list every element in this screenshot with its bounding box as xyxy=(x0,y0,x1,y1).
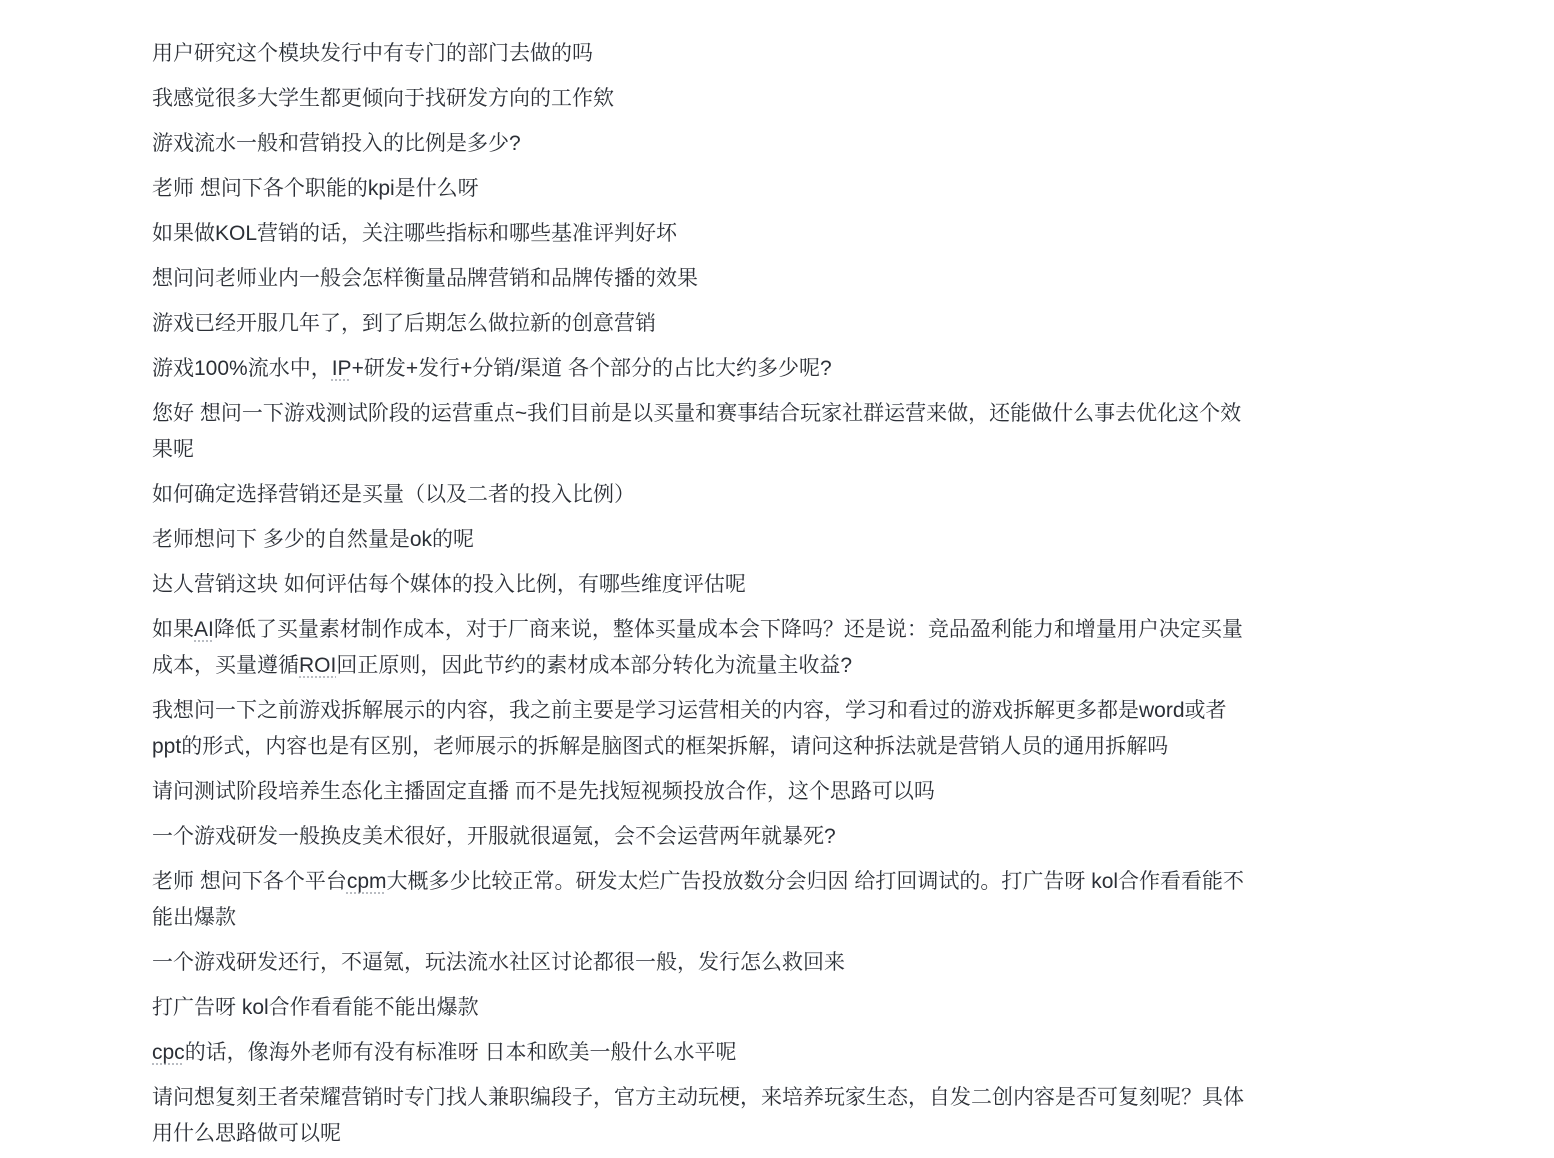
question-paragraph: 老师 想问下各个平台cpm大概多少比较正常。研发太烂广告投放数分会归因 给打回调… xyxy=(152,864,1245,936)
text-segment: 如果 xyxy=(152,618,194,641)
text-segment: 的话，像海外老师有没有标准呀 日本和欧美一般什么水平呢 xyxy=(185,1041,737,1064)
question-paragraph: 我想问一下之前游戏拆解展示的内容，我之前主要是学习运营相关的内容，学习和看过的游… xyxy=(152,693,1245,765)
text-segment: 请问想复刻王者荣耀营销时专门找人兼职编段子，官方主动玩梗，来培养玩家生态，自发二… xyxy=(152,1086,1244,1145)
text-segment: 想问问老师业内一般会怎样衡量品牌营销和品牌传播的效果 xyxy=(152,267,698,290)
question-paragraph: 我感觉很多大学生都更倾向于找研发方向的工作欸 xyxy=(152,81,1245,117)
question-paragraph: 老师 想问下各个职能的kpi是什么呀 xyxy=(152,171,1245,207)
spellcheck-word: IP xyxy=(332,357,352,380)
question-paragraph: 用户研究这个模块发行中有专门的部门去做的吗 xyxy=(152,36,1245,72)
text-segment: 打广告呀 kol合作看看能不能出爆款 xyxy=(152,996,479,1019)
text-segment: 一个游戏研发一般换皮美术很好，开服就很逼氪，会不会运营两年就暴死? xyxy=(152,825,836,848)
spellcheck-word: cpc xyxy=(152,1041,185,1064)
question-paragraph: 游戏100%流水中，IP+研发+发行+分销/渠道 各个部分的占比大约多少呢? xyxy=(152,351,1245,387)
question-paragraph: 如果AI降低了买量素材制作成本，对于厂商来说，整体买量成本会下降吗？还是说：竞品… xyxy=(152,612,1245,684)
text-segment: 您好 想问一下游戏测试阶段的运营重点~我们目前是以买量和赛事结合玩家社群运营来做… xyxy=(152,402,1241,461)
text-segment: +研发+发行+分销/渠道 各个部分的占比大约多少呢? xyxy=(352,357,832,380)
question-paragraph: 游戏已经开服几年了，到了后期怎么做拉新的创意营销 xyxy=(152,306,1245,342)
text-segment: 老师想问下 多少的自然量是ok的呢 xyxy=(152,528,474,551)
text-segment: 回正原则，因此节约的素材成本部分转化为流量主收益? xyxy=(336,654,852,677)
text-segment: 请问测试阶段培养生态化主播固定直播 而不是先找短视频投放合作，这个思路可以吗 xyxy=(152,780,935,803)
text-segment: 用户研究这个模块发行中有专门的部门去做的吗 xyxy=(152,42,593,65)
question-paragraph: cpc的话，像海外老师有没有标准呀 日本和欧美一般什么水平呢 xyxy=(152,1035,1245,1071)
text-segment: 我感觉很多大学生都更倾向于找研发方向的工作欸 xyxy=(152,87,614,110)
question-paragraph: 您好 想问一下游戏测试阶段的运营重点~我们目前是以买量和赛事结合玩家社群运营来做… xyxy=(152,396,1245,468)
question-paragraph: 请问想复刻王者荣耀营销时专门找人兼职编段子，官方主动玩梗，来培养玩家生态，自发二… xyxy=(152,1080,1245,1152)
text-segment: 我想问一下之前游戏拆解展示的内容，我之前主要是学习运营相关的内容，学习和看过的游… xyxy=(152,699,1227,758)
question-paragraph: 游戏流水一般和营销投入的比例是多少? xyxy=(152,126,1245,162)
question-paragraph: 老师想问下 多少的自然量是ok的呢 xyxy=(152,522,1245,558)
questions-list: 用户研究这个模块发行中有专门的部门去做的吗我感觉很多大学生都更倾向于找研发方向的… xyxy=(152,36,1245,1158)
text-segment: 如果做KOL营销的话，关注哪些指标和哪些基准评判好坏 xyxy=(152,222,677,245)
question-paragraph: 想问问老师业内一般会怎样衡量品牌营销和品牌传播的效果 xyxy=(152,261,1245,297)
question-paragraph: 请问测试阶段培养生态化主播固定直播 而不是先找短视频投放合作，这个思路可以吗 xyxy=(152,774,1245,810)
text-segment: 老师 想问下各个平台 xyxy=(152,870,347,893)
spellcheck-word: AI xyxy=(194,618,214,641)
question-paragraph: 一个游戏研发一般换皮美术很好，开服就很逼氪，会不会运营两年就暴死? xyxy=(152,819,1245,855)
text-segment: 如何确定选择营销还是买量（以及二者的投入比例） xyxy=(152,483,635,506)
question-paragraph: 一个游戏研发还行，不逼氪，玩法流水社区讨论都很一般，发行怎么救回来 xyxy=(152,945,1245,981)
question-paragraph: 如何确定选择营销还是买量（以及二者的投入比例） xyxy=(152,477,1245,513)
document-page: 用户研究这个模块发行中有专门的部门去做的吗我感觉很多大学生都更倾向于找研发方向的… xyxy=(0,0,1554,1158)
question-paragraph: 达人营销这块 如何评估每个媒体的投入比例，有哪些维度评估呢 xyxy=(152,567,1245,603)
text-segment: 达人营销这块 如何评估每个媒体的投入比例，有哪些维度评估呢 xyxy=(152,573,746,596)
spellcheck-word: cpm xyxy=(347,870,387,893)
text-segment: 游戏流水一般和营销投入的比例是多少? xyxy=(152,132,521,155)
text-segment: 游戏100%流水中， xyxy=(152,357,332,380)
spellcheck-word: ROI xyxy=(299,654,336,677)
text-segment: 一个游戏研发还行，不逼氪，玩法流水社区讨论都很一般，发行怎么救回来 xyxy=(152,951,845,974)
question-paragraph: 打广告呀 kol合作看看能不能出爆款 xyxy=(152,990,1245,1026)
question-paragraph: 如果做KOL营销的话，关注哪些指标和哪些基准评判好坏 xyxy=(152,216,1245,252)
text-segment: 老师 想问下各个职能的kpi是什么呀 xyxy=(152,177,479,200)
text-segment: 游戏已经开服几年了，到了后期怎么做拉新的创意营销 xyxy=(152,312,656,335)
